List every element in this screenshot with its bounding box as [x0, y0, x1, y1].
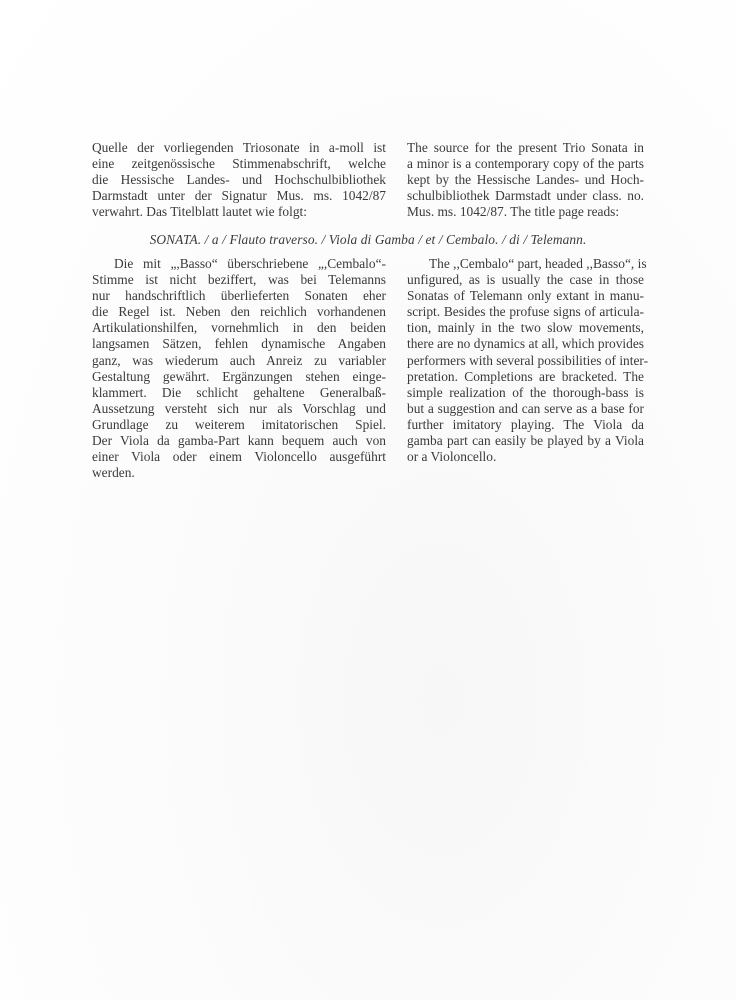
- text-line: performers with several possibilities of…: [407, 353, 644, 369]
- text-line: simple realization of the thorough-bass …: [407, 385, 644, 401]
- text-line: Der Viola da gamba-Part kann bequem auch…: [92, 433, 386, 449]
- text-line: gamba part can easily be played by a Vio…: [407, 433, 644, 449]
- text-line: tion, mainly in the two slow movements,: [407, 320, 644, 336]
- text-line: further imitatory playing. The Viola da: [407, 417, 644, 433]
- intro-english-paragraph: The source for the present Trio Sonata i…: [407, 140, 644, 220]
- text-line: a minor is a contemporary copy of the pa…: [407, 156, 644, 172]
- text-line: but a suggestion and can serve as a base…: [407, 401, 644, 417]
- intro-german-paragraph: Quelle der vorliegenden Triosonate in a-…: [92, 140, 386, 220]
- document-page: Quelle der vorliegenden Triosonate in a-…: [0, 0, 736, 1000]
- text-line: die Regel ist. Neben den reichlich vorha…: [92, 304, 386, 320]
- text-line: nur handschriftlich überlieferten Sonate…: [92, 288, 386, 304]
- text-line: Artikulationshilfen, vornehmlich in den …: [92, 320, 386, 336]
- text-line: werden.: [92, 465, 386, 481]
- text-line: unfigured, as is usually the case in tho…: [407, 272, 644, 288]
- text-line: there are no dynamics at all, which prov…: [407, 336, 644, 352]
- text-line: script. Besides the profuse signs of art…: [407, 304, 644, 320]
- text-line: The ,,Cembalo“ part, headed ,,Basso“, is: [407, 256, 644, 272]
- text-line: Quelle der vorliegenden Triosonate in a-…: [92, 140, 386, 156]
- text-line: Stimme ist nicht beziffert, was bei Tele…: [92, 272, 386, 288]
- text-line: Aussetzung versteht sich nur als Vorschl…: [92, 401, 386, 417]
- text-line: pretation. Completions are bracketed. Th…: [407, 369, 644, 385]
- text-line: Gestaltung gewährt. Ergänzungen stehen e…: [92, 369, 386, 385]
- text-line: schulbibliothek Darmstadt under class. n…: [407, 188, 644, 204]
- text-line: die Hessische Landes- und Hochschulbibli…: [92, 172, 386, 188]
- text-line: The source for the present Trio Sonata i…: [407, 140, 644, 156]
- text-line: eine zeitgenössische Stimmenabschrift, w…: [92, 156, 386, 172]
- text-line: ganz, was wiederum auch Anreiz zu variab…: [92, 353, 386, 369]
- text-line: or a Violoncello.: [407, 449, 644, 465]
- text-line: einer Viola oder einem Violoncello ausge…: [92, 449, 386, 465]
- text-line: kept by the Hessische Landes- und Hoch-: [407, 172, 644, 188]
- notes-german-paragraph: Die mit „,Basso“ überschriebene „,Cembal…: [92, 256, 386, 481]
- text-line: Grundlage zu weiterem imitatorischen Spi…: [92, 417, 386, 433]
- text-line: langsamen Sätzen, fehlen dynamische Anga…: [92, 336, 386, 352]
- text-line: Mus. ms. 1042/87. The title page reads:: [407, 204, 644, 220]
- notes-english-paragraph: The ,,Cembalo“ part, headed ,,Basso“, is…: [407, 256, 644, 465]
- text-line: Die mit „,Basso“ überschriebene „,Cembal…: [92, 256, 386, 272]
- text-line: klammert. Die schlicht gehaltene General…: [92, 385, 386, 401]
- text-line: Sonatas of Telemann only extant in manu-: [407, 288, 644, 304]
- text-line: verwahrt. Das Titelblatt lautet wie folg…: [92, 204, 386, 220]
- text-line: Darmstadt unter der Signatur Mus. ms. 10…: [92, 188, 386, 204]
- title-page-transcription: SONATA. / a / Flauto traverso. / Viola d…: [92, 232, 644, 248]
